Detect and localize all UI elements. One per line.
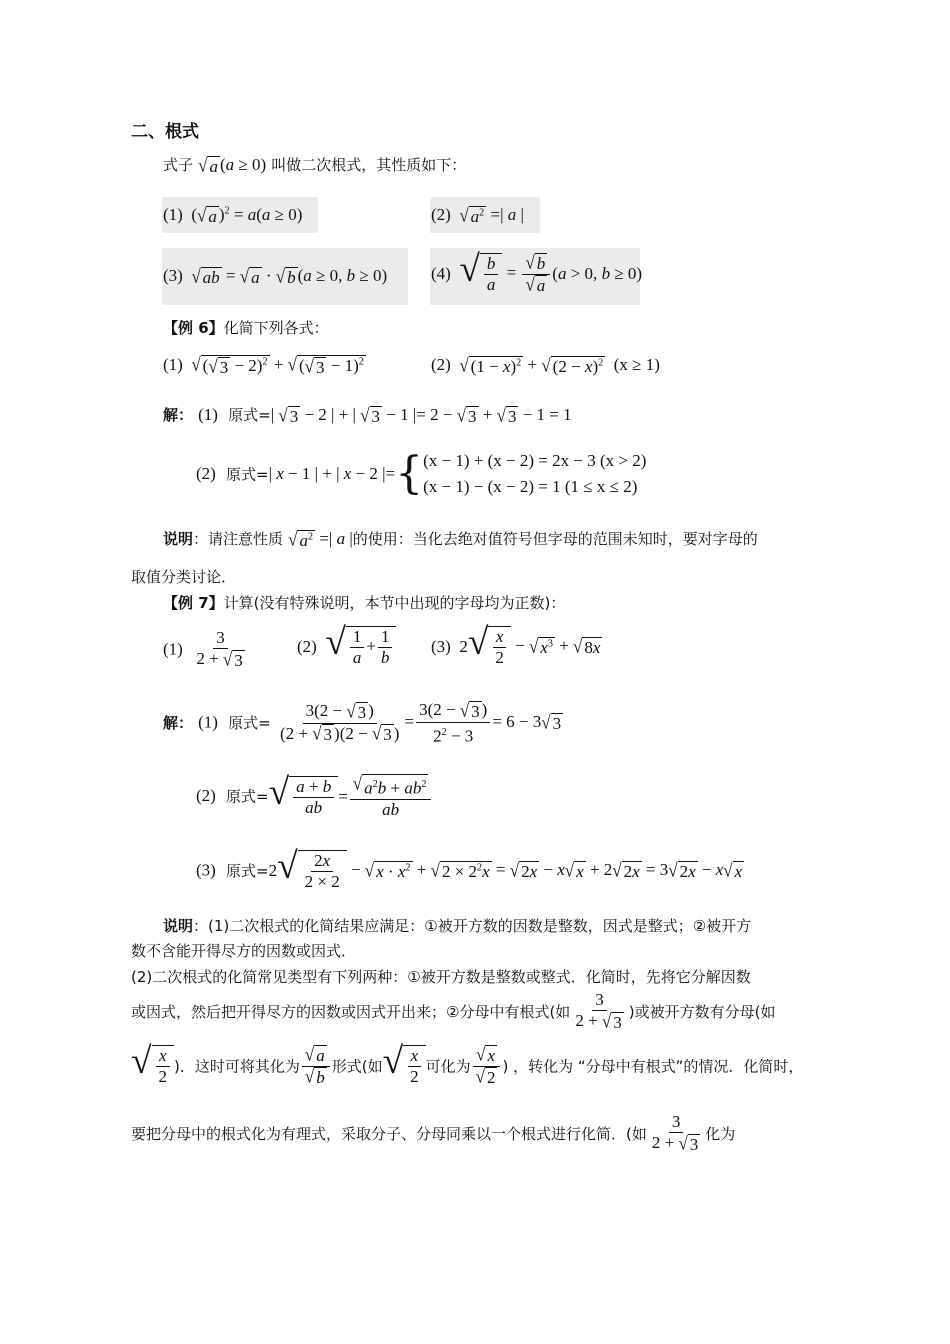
intro-suffix: 叫做二次根式，其性质如下： xyxy=(271,156,466,174)
note1-line1: 说明：请注意性质 √a2 =| a |的使用：当化去绝对值符号但字母的范围未知时… xyxy=(163,528,758,551)
note2-line2: 数不含能开得尽方的因数或因式． xyxy=(131,940,356,961)
section-title: 二、根式 xyxy=(131,117,199,142)
example7-solution-2: (2) 原式=√a + bab=√a2b + ab2ab xyxy=(196,774,433,820)
property-3: (3) √ab = √a · √b(a ≥ 0, b ≥ 0) xyxy=(163,266,387,288)
example6-heading: 【例 6】化简下列各式： xyxy=(163,317,329,338)
property-2: (2) √a2 =| a | xyxy=(431,205,524,227)
note2-line5: √x2)．这时可将其化为√a√b形式(如√x2可化为√x√2) ，转化为 “分母… xyxy=(131,1044,803,1088)
example7-problem-1: (1) 32 + √3 xyxy=(163,628,250,671)
example7-problem-3: (3) 2√x2 − √x3 + √8x xyxy=(431,626,602,668)
intro-expr: √a(a ≥ 0) xyxy=(198,155,266,174)
property-1: (1) (√a)2 = a(a ≥ 0) xyxy=(163,205,302,227)
example7-problem-2: (2) √1a+1b xyxy=(297,626,396,668)
intro-line: 式子 √a(a ≥ 0) 叫做二次根式，其性质如下： xyxy=(163,154,466,177)
example7-heading: 【例 7】计算(没有特殊说明，本节中出现的字母均为正数)： xyxy=(163,592,565,613)
example7-solution-1: 解： (1) 原式= 3(2 − √3)(2 + √3)(2 − √3)=3(2… xyxy=(163,700,563,746)
note2-line6: 要把分母中的根式化为有理式，采取分子、分母同乘以一个根式进行化简．(如32 + … xyxy=(131,1112,735,1155)
intro-prefix: 式子 xyxy=(163,156,193,174)
example6-problem-1: (1) √(√3 − 2)2 + √(√3 − 1)2 xyxy=(163,355,366,378)
note2-line4: 或因式，然后把开得尽方的因数或因式开出来；②分母中有根式(如32 + √3)或被… xyxy=(131,990,775,1033)
note2-line3: (2)二次根式的化简常见类型有下列两种：①被开方数是整数或整式．化简时，先将它分… xyxy=(131,966,751,987)
note1-line2: 取值分类讨论． xyxy=(131,566,236,587)
piecewise-cases: (x − 1) + (x − 2) = 2x − 3 (x > 2)(x − 1… xyxy=(423,448,646,500)
example6-solution-2: (2) 原式=| x − 1 | + | x − 2 |={(x − 1) + … xyxy=(196,448,646,500)
example6-solution-1: 解： (1) 原式=| √3 − 2 | + | √3 − 1 |= 2 − √… xyxy=(163,404,572,427)
property-4: (4) √ba = √b√a(a > 0, b ≥ 0) xyxy=(431,252,642,296)
note2-line1: 说明：(1)二次根式的化简结果应满足：①被开方数的因数是整数，因式是整式；②被开… xyxy=(163,915,751,936)
example7-solution-3: (3) 原式=2√2x2 × 2 − √x · x2 + √2 × 22x = … xyxy=(196,850,744,892)
example6-problem-2: (2) √(1 − x)2 + √(2 − x)2 (x ≥ 1) xyxy=(431,355,660,377)
